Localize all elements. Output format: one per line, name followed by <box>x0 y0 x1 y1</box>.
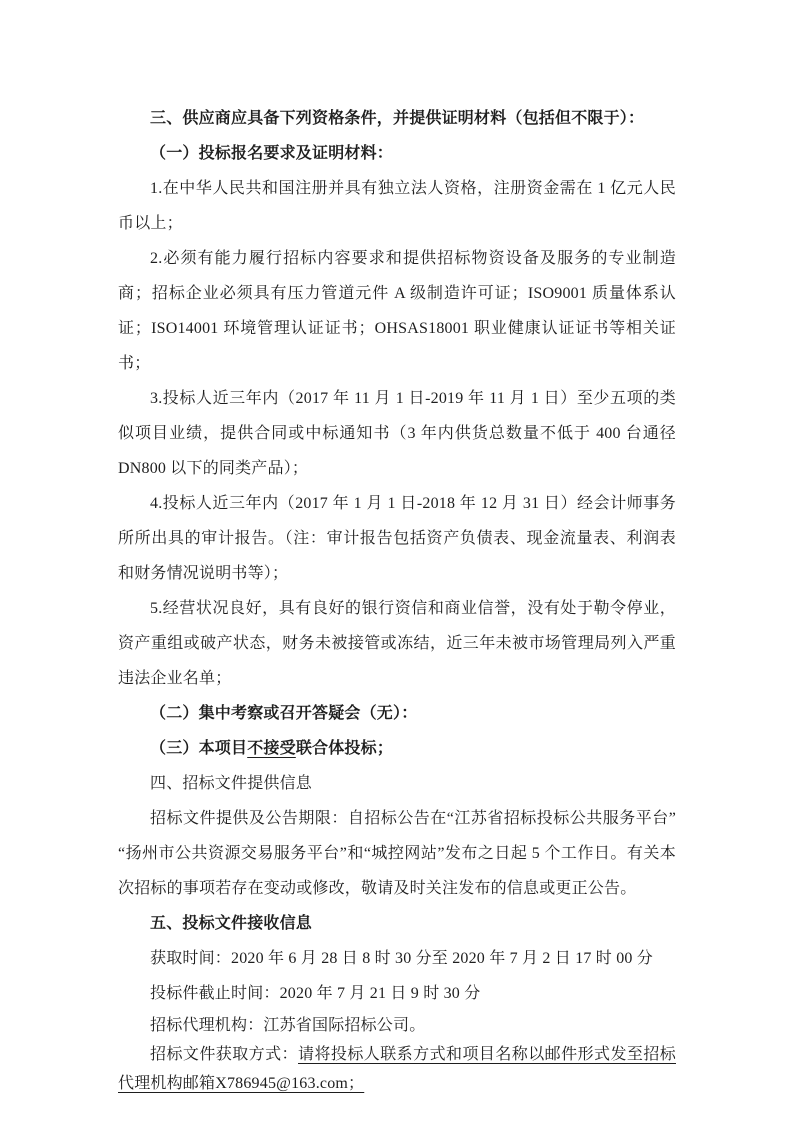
heading-section-5-bid-reception: 五、投标文件接收信息 <box>118 906 676 941</box>
tender-agency-line: 招标代理机构：江苏省国际招标公司。 <box>118 1011 676 1040</box>
obtain-method-label: 招标文件获取方式： <box>150 1046 298 1063</box>
qualification-item-4: 4.投标人近三年内（2017 年 1 月 1 日-2018 年 12 月 31 … <box>118 486 676 591</box>
acquire-time-line: 获取时间：2020 年 6 月 28 日 8 时 30 分至 2020 年 7 … <box>118 941 676 976</box>
heading-section-3-supplier-qualifications: 三、供应商应具备下列资格条件，并提供证明材料（包括但不限于）： <box>118 101 676 136</box>
heading-section-4-document-provision: 四、招标文件提供信息 <box>118 766 676 801</box>
subheading-3-no-consortium: （三）本项目不接受联合体投标； <box>118 731 676 766</box>
bid-deadline-line: 投标件截止时间：2020 年 7 月 21 日 9 时 30 分 <box>118 976 676 1011</box>
qualification-item-1: 1.在中华人民共和国注册并具有独立法人资格，注册资金需在 1 亿元人民币以上； <box>118 171 676 241</box>
document-provision-body: 招标文件提供及公告期限：自招标公告在“江苏省招标投标公共服务平台” “扬州市公共… <box>118 801 676 906</box>
subheading-2-site-inspection: （二）集中考察或召开答疑会（无）： <box>118 696 676 731</box>
qualification-item-2: 2.必须有能力履行招标内容要求和提供招标物资设备及服务的专业制造商；招标企业必须… <box>118 241 676 381</box>
document-obtain-method-line: 招标文件获取方式：请将投标人联系方式和项目名称以邮件形式发至招标代理机构邮箱X7… <box>118 1040 676 1098</box>
subheading-3-prefix: （三）本项目 <box>150 740 247 757</box>
qualification-item-5: 5.经营状况良好，具有良好的银行资信和商业信誉，没有处于勒令停业，资产重组或破产… <box>118 591 676 696</box>
subheading-3-underlined-not-accept: 不接受 <box>247 740 296 757</box>
document-page: 三、供应商应具备下列资格条件，并提供证明材料（包括但不限于）： （一）投标报名要… <box>0 0 793 1122</box>
qualification-item-3: 3.投标人近三年内（2017 年 11 月 1 日-2019 年 11 月 1 … <box>118 381 676 486</box>
subheading-3-suffix: 联合体投标； <box>296 740 393 757</box>
subheading-1-registration-requirements: （一）投标报名要求及证明材料： <box>118 136 676 171</box>
